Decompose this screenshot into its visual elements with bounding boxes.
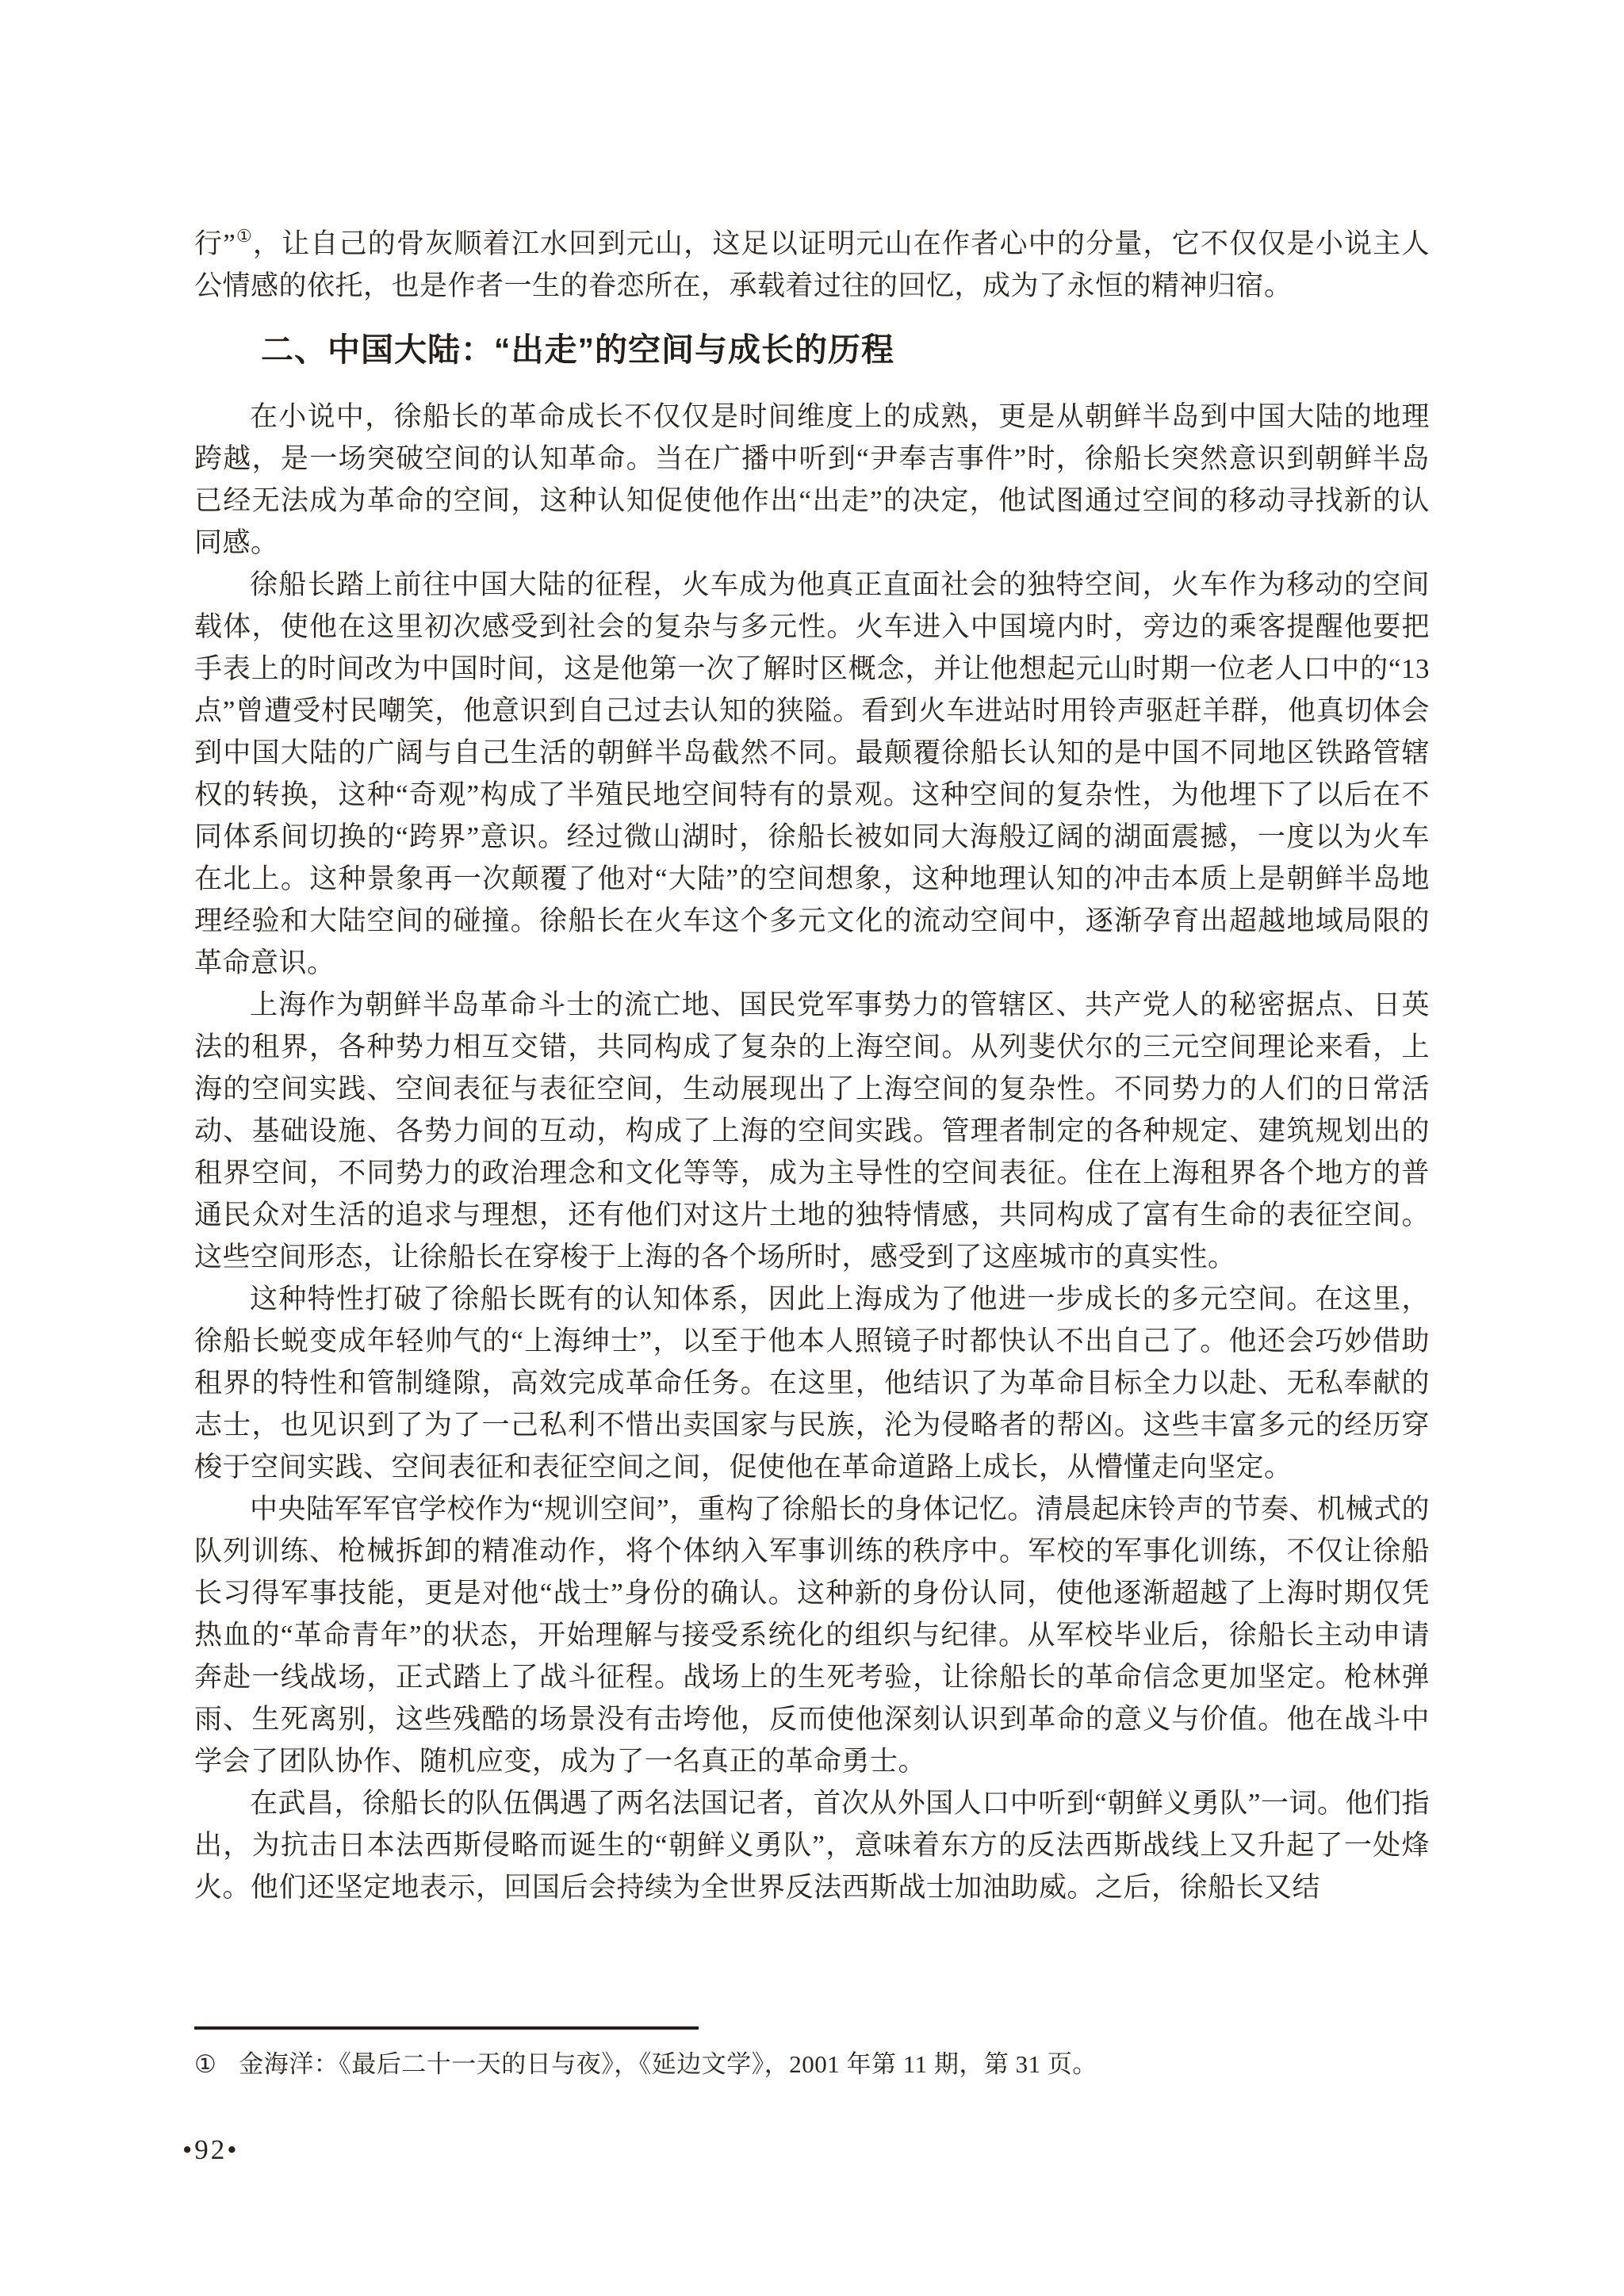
page-number: •92•	[182, 2134, 239, 2166]
footnote-ref-marker: ①	[236, 226, 253, 246]
body-paragraph-4: 这种特性打破了徐船长既有的认知体系，因此上海成为了他进一步成长的多元空间。在这里…	[194, 1278, 1430, 1488]
paragraph-continuation: 行”①，让自己的骨灰顺着江水回到元山，这足以证明元山在作者心中的分量，它不仅仅是…	[194, 223, 1430, 307]
footnote-text: 金海洋：《最后二十一天的日与夜》，《延边文学》，2001 年第 11 期，第 3…	[239, 2050, 1097, 2078]
body-paragraph-5: 中央陆军军官学校作为“规训空间”，重构了徐船长的身体记忆。清晨起床铃声的节奏、机…	[194, 1488, 1430, 1782]
document-page: 行”①，让自己的骨灰顺着江水回到元山，这足以证明元山在作者心中的分量，它不仅仅是…	[0, 0, 1624, 2296]
text-column: 行”①，让自己的骨灰顺着江水回到元山，这足以证明元山在作者心中的分量，它不仅仅是…	[194, 223, 1430, 1908]
section-heading: 二、中国大陆：“出走”的空间与成长的历程	[194, 327, 1430, 372]
body-paragraph-1: 在小说中，徐船长的革命成长不仅仅是时间维度上的成熟，更是从朝鲜半岛到中国大陆的地…	[194, 396, 1430, 564]
body-paragraph-6: 在武昌，徐船长的队伍偶遇了两名法国记者，首次从外国人口中听到“朝鲜义勇队”一词。…	[194, 1782, 1430, 1908]
continuation-text-start: 行”	[194, 228, 236, 259]
body-paragraph-3: 上海作为朝鲜半岛革命斗士的流亡地、国民党军事势力的管辖区、共产党人的秘密据点、日…	[194, 984, 1430, 1278]
footnote: ①金海洋：《最后二十一天的日与夜》，《延边文学》，2001 年第 11 期，第 …	[194, 2047, 1430, 2082]
body-paragraph-2: 徐船长踏上前往中国大陆的征程，火车成为他真正直面社会的独特空间，火车作为移动的空…	[194, 564, 1430, 984]
continuation-text-rest: ，让自己的骨灰顺着江水回到元山，这足以证明元山在作者心中的分量，它不仅仅是小说主…	[194, 228, 1430, 301]
footnote-divider	[194, 2026, 699, 2030]
footnote-marker: ①	[194, 2050, 216, 2078]
footnote-block: ①金海洋：《最后二十一天的日与夜》，《延边文学》，2001 年第 11 期，第 …	[194, 2026, 1430, 2082]
